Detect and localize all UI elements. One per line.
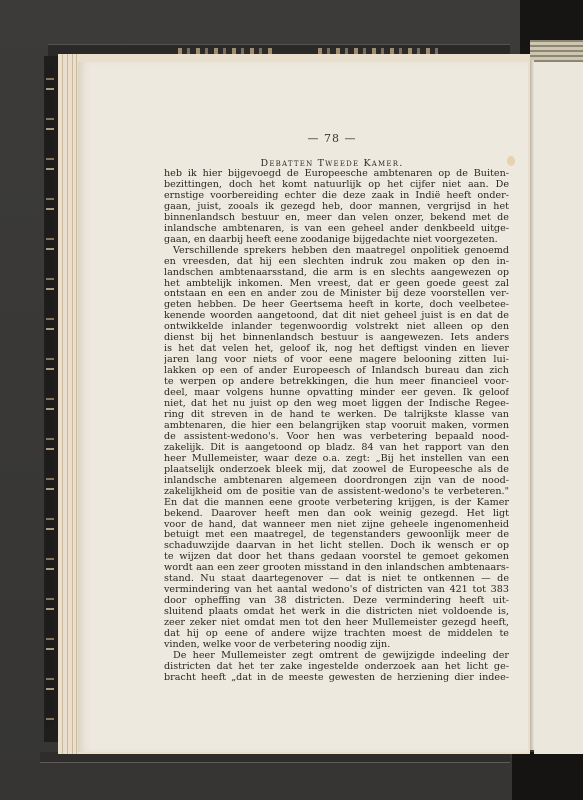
text-line: heer Mullemeister, waar deze o.a. zegt: … bbox=[164, 454, 509, 465]
running-head: Debatten Tweede Kamer. bbox=[136, 158, 528, 169]
text-line: geten hebben. De heer Geertsema heeft in… bbox=[164, 300, 509, 311]
text-line: wordt aan een zeer grooten misstand in d… bbox=[164, 563, 509, 574]
text-line: bezittingen, doch het komt natuurlijk op… bbox=[164, 180, 509, 191]
text-line: ambtenaren, die hier een belangrijken st… bbox=[164, 421, 509, 432]
text-line: ontwikkelde inlander tegenwoordig volstr… bbox=[164, 322, 509, 333]
book-cover-left-edge bbox=[44, 56, 58, 742]
text-line: vinden, welke voor de verbetering noodig… bbox=[164, 640, 509, 651]
text-line: inlandsche ambtenaren algemeen doordrong… bbox=[164, 476, 509, 487]
text-line: ontstaan en een en ander zou de Minister… bbox=[164, 289, 509, 300]
text-line: kenende woorden aangetoond, dat dit niet… bbox=[164, 311, 509, 322]
text-line: het ambtelijk inkomen. Men vreest, dat e… bbox=[164, 279, 509, 290]
text-line: niet, dat het nu juist op den weg moet l… bbox=[164, 399, 509, 410]
text-line: ernstige voorbereiding echter die deze z… bbox=[164, 191, 509, 202]
text-line: plaatselijk onderzoek bleek mij, dat zoo… bbox=[164, 465, 509, 476]
text-line: jaren lang voor niets of voor eene mager… bbox=[164, 355, 509, 366]
text-line: voor de hand, dat wanneer men niet zijne… bbox=[164, 520, 509, 531]
text-line: zeer zeker niet omdat men tot den heer M… bbox=[164, 618, 509, 629]
paragraph: De heer Mullemeister zegt omtrent de gew… bbox=[164, 651, 509, 684]
text-line: ring dit streven in de hand te werken. D… bbox=[164, 410, 509, 421]
page-edge-line bbox=[72, 54, 73, 754]
page-edge-line bbox=[62, 54, 63, 754]
text-line: gaan, en daarbij heeft eene zoodanige bi… bbox=[164, 235, 509, 246]
page-edge-line bbox=[76, 54, 77, 754]
text-line: door opheffing van 38 districten. Deze v… bbox=[164, 596, 509, 607]
text-line: heb ik hier bijgevoegd de Europeesche am… bbox=[164, 169, 509, 180]
page-number: — 78 — bbox=[136, 132, 528, 145]
text-line: gaan, juist, zooals ik gezegd heb, door … bbox=[164, 202, 509, 213]
text-line: is het dat velen het, geloof ik, nog het… bbox=[164, 344, 509, 355]
text-line: dienst bij het binnenlandsch bestuur is … bbox=[164, 333, 509, 344]
text-line: zakelijkheid om de positie van de assist… bbox=[164, 487, 509, 498]
text-line: stand. Nu staat daartegenover — dat is n… bbox=[164, 574, 509, 585]
next-volume-page-edges bbox=[530, 40, 583, 62]
text-line: En dat die mannen eene groote verbeterin… bbox=[164, 498, 509, 509]
text-line: te werpen op andere betrekkingen, die hu… bbox=[164, 377, 509, 388]
text-line: bekend. Daarover heeft men dan ook weini… bbox=[164, 509, 509, 520]
text-line: lakken op een of ander Europeesch of Inl… bbox=[164, 366, 509, 377]
paragraph: heb ik hier bijgevoegd de Europeesche am… bbox=[164, 169, 509, 246]
facing-page bbox=[534, 62, 583, 754]
text-line: Verschillende sprekers hebben den maatre… bbox=[164, 246, 509, 257]
cover-wear bbox=[46, 66, 54, 726]
text-line: bracht heeft „dat in de meeste gewesten … bbox=[164, 673, 509, 684]
text-line: inlandsche ambtenaren, is van een geheel… bbox=[164, 224, 509, 235]
page-edge-line bbox=[67, 54, 68, 754]
text-line: zakelijk. Dit is aangetoond op bladz. 84… bbox=[164, 443, 509, 454]
text-line: sluitend plaats omdat het werk in die di… bbox=[164, 607, 509, 618]
text-line: De heer Mullemeister zegt omtrent de gew… bbox=[164, 651, 509, 662]
text-line: en vreesden, dat hij een slechten indruk… bbox=[164, 257, 509, 268]
text-line: binnenlandsch bestuur en, meer dan velen… bbox=[164, 213, 509, 224]
text-line: dat hij op eene of andere wijze trachten… bbox=[164, 629, 509, 640]
text-line: te wijzen dat door het thans gedaan voor… bbox=[164, 552, 509, 563]
text-line: schaduwzijde daarvan in het licht stelle… bbox=[164, 541, 509, 552]
paragraph: Verschillende sprekers hebben den maatre… bbox=[164, 246, 509, 651]
text-line: betuigt met een maatregel, de tegenstand… bbox=[164, 530, 509, 541]
body-text: heb ik hier bijgevoegd de Europeesche am… bbox=[164, 169, 509, 684]
text-line: deel, maar volgens hunne opvatting minde… bbox=[164, 388, 509, 399]
text-line: vermindering van het aantal wedono's of … bbox=[164, 585, 509, 596]
text-line: de assistent-wedono's. Voor hen was verb… bbox=[164, 432, 509, 443]
text-line: landschen ambtenaarsstand, die arm is en… bbox=[164, 268, 509, 279]
text-line: districten dat het ter zake ingestelde o… bbox=[164, 662, 509, 673]
